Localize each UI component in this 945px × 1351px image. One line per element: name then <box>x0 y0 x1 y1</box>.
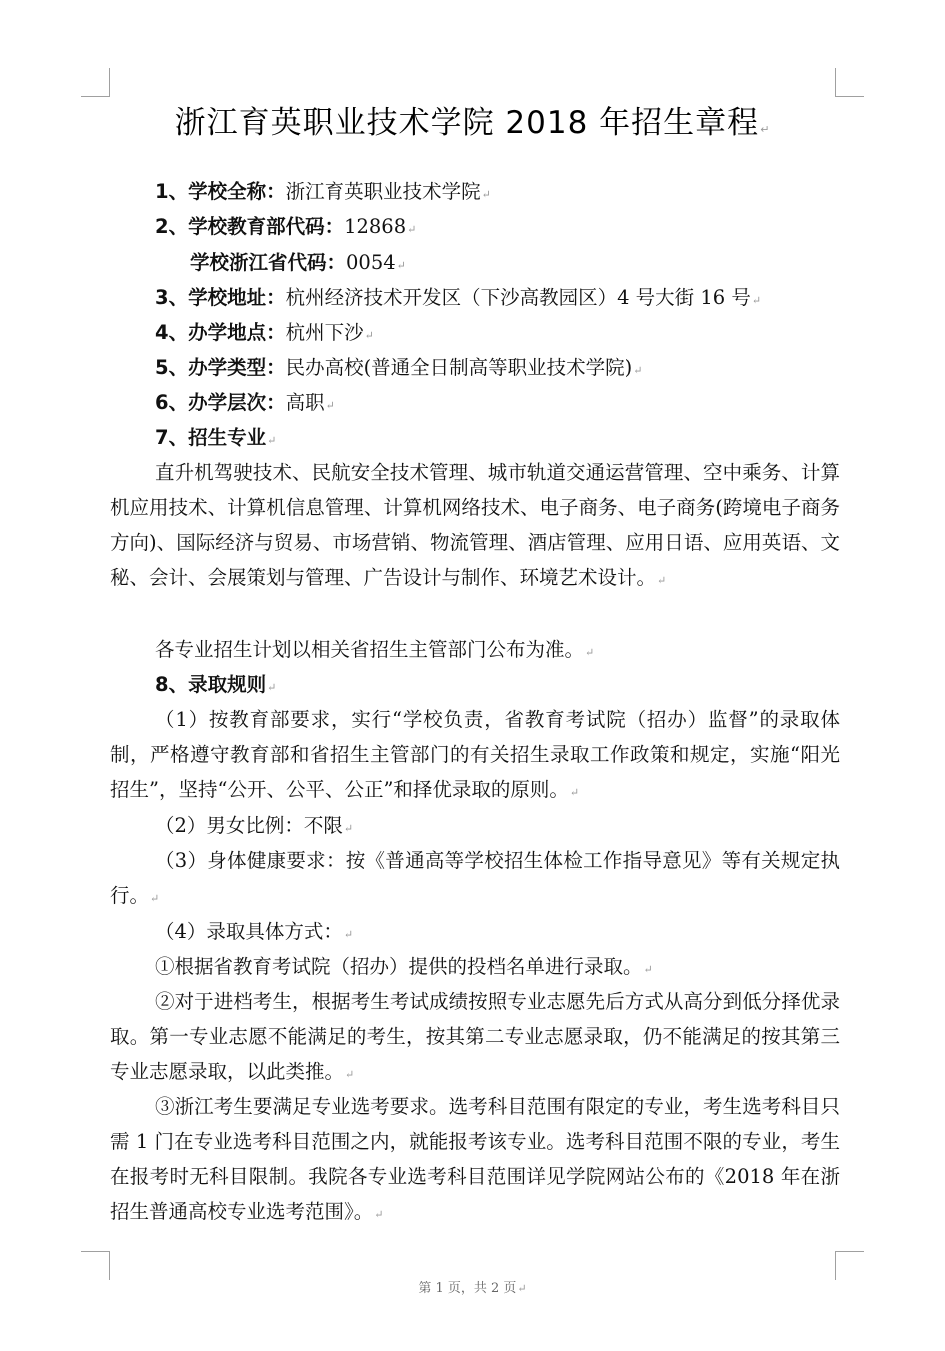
item-label: 6、办学层次： <box>155 391 286 414</box>
rule-text: ③浙江考生要满足专业选考要求。选考科目范围有限定的专业，考生选考科目只需 1 门… <box>110 1095 840 1223</box>
paragraph-mark-icon: ↵ <box>150 892 159 905</box>
rule-text: （2）男女比例：不限 <box>155 814 343 837</box>
paragraph-mark-icon: ↵ <box>326 399 335 412</box>
paragraph-mark-icon: ↵ <box>482 188 491 201</box>
item-school-type: 5、办学类型：民办高校(普通全日制高等职业技术学院)↵ <box>110 350 885 388</box>
rule-3: （3）身体健康要求：按《普通高等学校招生体检工作指导意见》等有关规定执行。↵ <box>110 843 840 916</box>
item-value: 0054 <box>346 251 396 274</box>
document-title: 浙江育英职业技术学院 2018 年招生章程↵ <box>0 100 945 153</box>
rule-text: ①根据省教育考试院（招办）提供的投档名单进行录取。 <box>155 955 643 978</box>
paragraph-mark-icon: ↵ <box>657 574 666 587</box>
item-value: 杭州下沙 <box>286 321 364 344</box>
page-footer: 第 1 页，共 2 页↵ <box>0 1277 945 1296</box>
item-address: 3、学校地址：杭州经济技术开发区（下沙高教园区）4 号大街 16 号↵ <box>110 280 885 318</box>
item-label: 3、学校地址： <box>155 286 286 309</box>
rule-text: （1）按教育部要求，实行“学校负责，省教育考试院（招办）监督”的录取体制，严格遵… <box>110 708 840 801</box>
page-number: 第 1 页，共 2 页 <box>418 1281 516 1296</box>
paragraph-mark-icon: ↵ <box>760 123 770 136</box>
paragraph-mark-icon: ↵ <box>267 434 276 447</box>
item-label: 学校浙江省代码： <box>190 251 346 274</box>
item-location: 4、办学地点：杭州下沙↵ <box>110 315 885 353</box>
paragraph-mark-icon: ↵ <box>267 681 276 694</box>
item-label: 5、办学类型： <box>155 356 286 379</box>
majors-list: 直升机驾驶技术、民航安全技术管理、城市轨道交通运营管理、空中乘务、计算机应用技术… <box>110 455 840 598</box>
section-majors-heading: 7、招生专业↵ <box>110 420 885 458</box>
rule-1: （1）按教育部要求，实行“学校负责，省教育考试院（招办）监督”的录取体制，严格遵… <box>110 702 840 810</box>
paragraph-mark-icon: ↵ <box>644 963 653 976</box>
item-value: 民办高校(普通全日制高等职业技术学院) <box>286 356 633 379</box>
rule-4-2: ②对于进档考生，根据考生考试成绩按照专业志愿先后方式从高分到低分择优录取。第一专… <box>110 984 840 1092</box>
rule-4-3: ③浙江考生要满足专业选考要求。选考科目范围有限定的专业，考生选考科目只需 1 门… <box>110 1089 840 1232</box>
paragraph-mark-icon: ↵ <box>517 1282 526 1295</box>
item-school-name: 1、学校全称：浙江育英职业技术学院↵ <box>110 174 885 212</box>
rule-4: （4）录取具体方式：↵ <box>110 914 885 952</box>
item-label: 1、学校全称： <box>155 180 286 203</box>
section-admission-heading: 8、录取规则↵ <box>110 667 885 705</box>
paragraph-mark-icon: ↵ <box>397 259 406 272</box>
page-corner-mark-top-right <box>835 68 864 97</box>
item-value: 12868 <box>344 215 406 238</box>
paragraph-mark-icon: ↵ <box>585 646 594 659</box>
section-heading: 8、录取规则 <box>155 673 266 696</box>
item-moe-code: 2、学校教育部代码：12868↵ <box>110 209 885 247</box>
paragraph-mark-icon: ↵ <box>365 329 374 342</box>
majors-text: 直升机驾驶技术、民航安全技术管理、城市轨道交通运营管理、空中乘务、计算机应用技术… <box>110 461 840 589</box>
rule-text: （3）身体健康要求：按《普通高等学校招生体检工作指导意见》等有关规定执行。 <box>110 849 840 907</box>
paragraph-mark-icon: ↵ <box>344 928 353 941</box>
plan-note: 各专业招生计划以相关省招生主管部门公布为准。↵ <box>110 632 885 670</box>
item-school-level: 6、办学层次：高职↵ <box>110 385 885 423</box>
section-heading: 7、招生专业 <box>155 426 266 449</box>
item-value: 高职 <box>286 391 325 414</box>
paragraph-mark-icon: ↵ <box>345 1068 354 1081</box>
paragraph-mark-icon: ↵ <box>570 786 579 799</box>
item-value: 浙江育英职业技术学院 <box>286 180 481 203</box>
page-corner-mark-bottom-right <box>835 1251 864 1280</box>
paragraph-mark-icon: ↵ <box>407 223 416 236</box>
title-text: 浙江育英职业技术学院 2018 年招生章程 <box>175 105 760 141</box>
rule-text: ②对于进档考生，根据考生考试成绩按照专业志愿先后方式从高分到低分择优录取。第一专… <box>110 990 840 1083</box>
paragraph-mark-icon: ↵ <box>633 364 642 377</box>
item-value: 杭州经济技术开发区（下沙高教园区）4 号大街 16 号 <box>286 286 751 309</box>
paragraph-mark-icon: ↵ <box>752 294 761 307</box>
paragraph-mark-icon: ↵ <box>374 1208 383 1221</box>
rule-text: （4）录取具体方式： <box>155 920 343 943</box>
item-label: 2、学校教育部代码： <box>155 215 344 238</box>
page-corner-mark-bottom-left <box>81 1251 110 1280</box>
item-province-code: 学校浙江省代码：0054↵ <box>110 245 920 283</box>
rule-4-1: ①根据省教育考试院（招办）提供的投档名单进行录取。↵ <box>110 949 885 987</box>
plan-note-text: 各专业招生计划以相关省招生主管部门公布为准。 <box>155 638 584 661</box>
paragraph-mark-icon: ↵ <box>344 822 353 835</box>
rule-2: （2）男女比例：不限↵ <box>110 808 885 846</box>
item-label: 4、办学地点： <box>155 321 286 344</box>
page-corner-mark-top-left <box>81 68 110 97</box>
